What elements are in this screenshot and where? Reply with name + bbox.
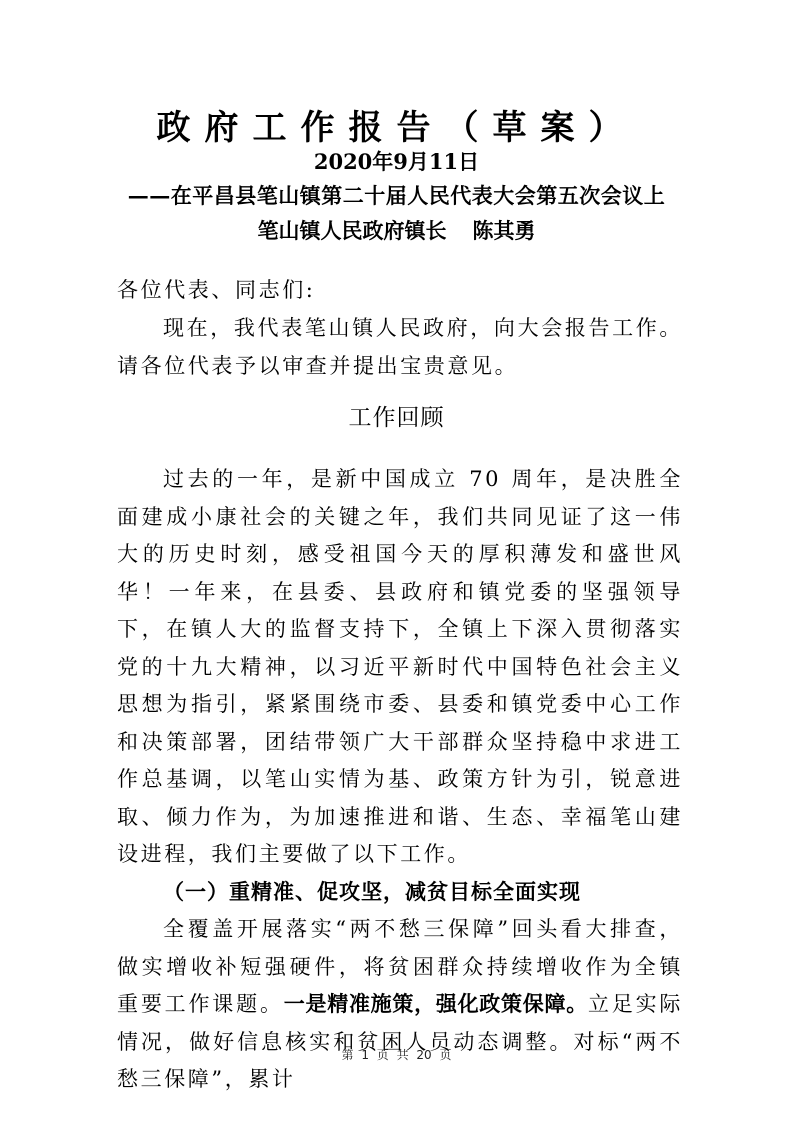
salutation-text: 各位代表、同志们: bbox=[117, 272, 683, 310]
work-review-body: 过去的一年，是新中国成立 70 周年，是决胜全面建成小康社会的关键之年，我们共同… bbox=[117, 461, 683, 1099]
document-date: 2020年9月11日 bbox=[0, 149, 793, 175]
document-title: 政府工作报告（草案） bbox=[0, 108, 793, 148]
subheading-poverty: （一）重精准、促攻坚，减贫目标全面实现 bbox=[117, 874, 683, 912]
page-footer: 第 1 页 共 20 页 bbox=[0, 1046, 793, 1063]
review-paragraph-1: 过去的一年，是新中国成立 70 周年，是决胜全面建成小康社会的关键之年，我们共同… bbox=[117, 461, 683, 874]
intro-paragraph: 现在，我代表笔山镇人民政府，向大会报告工作。请各位代表予以审查并提出宝贵意见。 bbox=[117, 310, 683, 385]
speaker-title: 笔山镇人民政府镇长 bbox=[258, 218, 447, 243]
meeting-subtitle: ——在平昌县笔山镇第二十届人民代表大会第五次会议上 bbox=[0, 183, 793, 209]
review-paragraph-2: 全覆盖开展落实“两不愁三保障”回头看大排查，做实增收补短强硬件，将贫困群众持续增… bbox=[117, 911, 683, 1099]
speaker-line: 笔山镇人民政府镇长陈其勇 bbox=[0, 218, 793, 244]
paragraph-2-bold-point: 一是精准施策，强化政策保障。 bbox=[284, 992, 588, 1016]
salutation: 各位代表、同志们: bbox=[117, 272, 683, 310]
intro-text: 现在，我代表笔山镇人民政府，向大会报告工作。请各位代表予以审查并提出宝贵意见。 bbox=[117, 310, 683, 385]
section-heading: 工作回顾 bbox=[0, 403, 793, 433]
document-page: 政府工作报告（草案） 2020年9月11日 ——在平昌县笔山镇第二十届人民代表大… bbox=[0, 0, 793, 1122]
speaker-name: 陈其勇 bbox=[473, 218, 536, 243]
